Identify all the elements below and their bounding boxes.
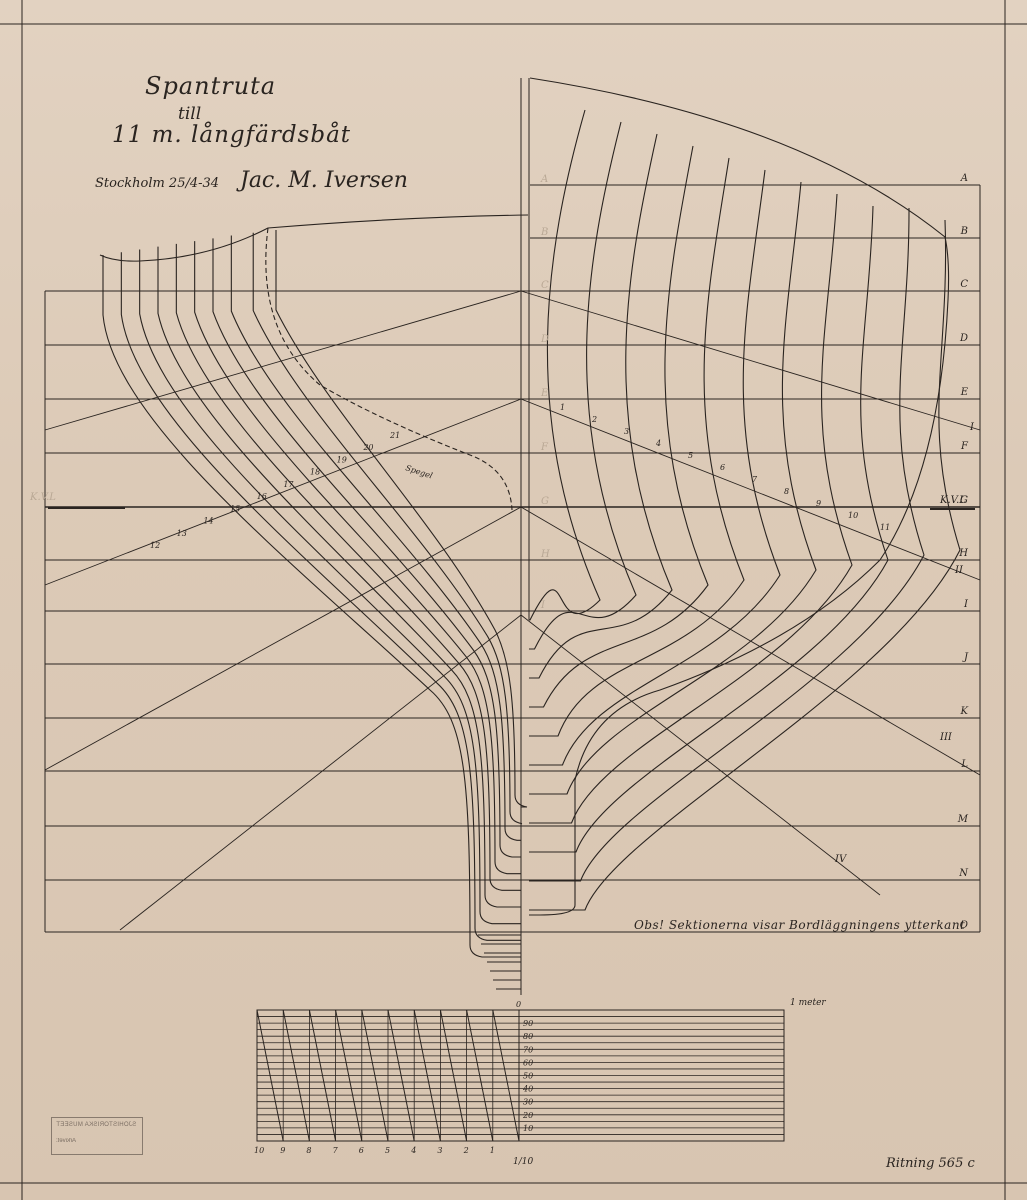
scale-tenth-label-6: 6 (359, 1146, 364, 1155)
station-1-forward (529, 110, 600, 620)
station-label-1: 1 (560, 403, 565, 412)
station-label-11: 11 (880, 523, 890, 532)
scale-hundredth-label-90: 90 (523, 1019, 533, 1028)
drawing-subtitle: 11 m. långfärdsbåt (112, 122, 351, 148)
scale-tenth-label-1: 1 (490, 1146, 495, 1155)
museum-archive-stamp: SJÖHISTORISKA MUSEET Arkivet: (51, 1117, 143, 1155)
station-18-aft (213, 238, 521, 857)
station-label-5: 5 (688, 451, 693, 460)
station-label-21: 21 (389, 431, 400, 440)
waterline-label-E: E (960, 387, 969, 398)
scale-tenth-label-3: 3 (437, 1146, 442, 1155)
diagonal-III-aft (45, 507, 521, 770)
scale-hundredth-label-70: 70 (523, 1045, 533, 1054)
scale-hundredth-label-30: 30 (523, 1098, 533, 1107)
scale-tenth-label-7: 7 (333, 1146, 339, 1155)
kvl-label-right: K.V.L (939, 495, 966, 506)
station-label-15: 15 (230, 504, 240, 513)
station-label-6: 6 (720, 463, 725, 472)
waterline-label-L: L (960, 759, 968, 770)
waterline-label-H: H (958, 548, 968, 559)
station-label-12: 12 (150, 541, 160, 550)
waterline-label-N: N (958, 868, 969, 879)
scale-tenth-label-8: 8 (306, 1146, 311, 1155)
diagonal-label-II: II (954, 565, 964, 576)
station-label-8: 8 (784, 487, 789, 496)
transom-spegel-line (266, 228, 512, 510)
scale-hundredth-label-80: 80 (523, 1032, 533, 1041)
scale-hundredth-label-20: 20 (522, 1111, 533, 1120)
waterline-label-A: A (960, 173, 968, 184)
waterline-faint-label-A: A (540, 174, 548, 185)
station-label-4: 4 (655, 439, 661, 448)
waterline-faint-label-C: C (541, 280, 549, 291)
waterline-faint-label-B: B (540, 227, 548, 238)
scale-tenth-label-2: 2 (463, 1146, 469, 1155)
waterline-faint-label-G: G (541, 496, 549, 507)
sheer-line-aft (100, 215, 528, 261)
scale-hundredth-label-10: 10 (523, 1124, 533, 1133)
diagonal-label-I: I (969, 422, 975, 433)
waterline-label-B: B (960, 226, 968, 237)
diagonal-IV-aft (120, 615, 521, 930)
station-label-3: 3 (624, 427, 629, 436)
scale-label-tenth: 1/10 (513, 1157, 533, 1167)
sheer-line-forward (530, 78, 945, 237)
drawing-sheet: AABBCCDDEEFFGGHHIIJKLMNOK.V.LK.V.LIIIIII… (0, 0, 1027, 1200)
scale-label-meter: 1 meter (790, 998, 826, 1008)
station-12-aft (103, 255, 521, 957)
scale-tenth-label-10: 10 (254, 1146, 264, 1155)
station-8-forward (529, 194, 852, 823)
diagonal-label-IV: IV (834, 854, 848, 865)
scale-hundredth-label-60: 60 (523, 1058, 533, 1067)
scale-zero-label: 0 (516, 1000, 521, 1009)
station-label-18: 18 (310, 468, 320, 477)
hull-outline-forward (529, 237, 949, 915)
station-19-aft (231, 236, 521, 841)
waterline-label-C: C (960, 279, 968, 290)
waterline-faint-label-F: F (540, 442, 549, 453)
spegel-label: Spegel (404, 463, 434, 480)
station-label-10: 10 (848, 511, 858, 520)
waterline-faint-label-E: E (540, 388, 549, 399)
scale-tenth-label-5: 5 (385, 1146, 390, 1155)
waterline-label-F: F (960, 441, 969, 452)
stamp-line-1: SJÖHISTORISKA MUSEET (56, 1122, 136, 1128)
station-label-16: 16 (257, 492, 267, 501)
diagonal-II-forward (521, 399, 980, 580)
drawing-number: Ritning 565 c (886, 1156, 975, 1171)
station-label-17: 17 (283, 480, 294, 489)
station-label-13: 13 (177, 529, 187, 538)
waterline-label-K: K (960, 706, 969, 717)
station-11-forward (529, 220, 960, 910)
scale-hundredth-label-50: 50 (523, 1072, 533, 1081)
scale-tenth-label-4: 4 (410, 1146, 416, 1155)
station-14-aft (140, 249, 521, 923)
kvl-label-left: K.V.L (29, 492, 56, 503)
station-label-9: 9 (816, 499, 821, 508)
drawing-title-connector: till (178, 104, 201, 124)
station-label-7: 7 (752, 475, 758, 484)
designer-signature: Jac. M. Iversen (240, 168, 408, 193)
scale-tenth-label-9: 9 (280, 1146, 285, 1155)
drawing-title: Spantruta (145, 72, 276, 100)
station-label-14: 14 (203, 517, 213, 526)
waterline-label-I: I (963, 599, 969, 610)
drawing-note: Obs! Sektionerna visar Bordläggningens y… (634, 918, 965, 932)
station-label-20: 20 (362, 443, 373, 452)
station-label-2: 2 (591, 415, 597, 424)
waterline-label-M: M (957, 814, 969, 825)
place-and-date: Stockholm 25/4-34 (95, 176, 219, 191)
station-7-forward (529, 182, 816, 794)
diagonal-I-forward (521, 291, 980, 430)
diagonal-label-III: III (939, 732, 953, 743)
waterline-faint-label-D: D (540, 334, 549, 345)
station-5-forward (529, 158, 744, 736)
waterline-faint-label-I: I (540, 600, 546, 611)
waterline-faint-label-H: H (540, 549, 550, 560)
station-4-forward (529, 146, 708, 707)
station-label-19: 19 (337, 455, 347, 464)
stamp-line-2: Arkivet: (56, 1138, 76, 1144)
station-2-forward (529, 122, 636, 649)
waterline-label-J: J (962, 652, 969, 663)
scale-hundredth-label-40: 40 (522, 1085, 533, 1094)
waterline-label-D: D (959, 333, 968, 344)
